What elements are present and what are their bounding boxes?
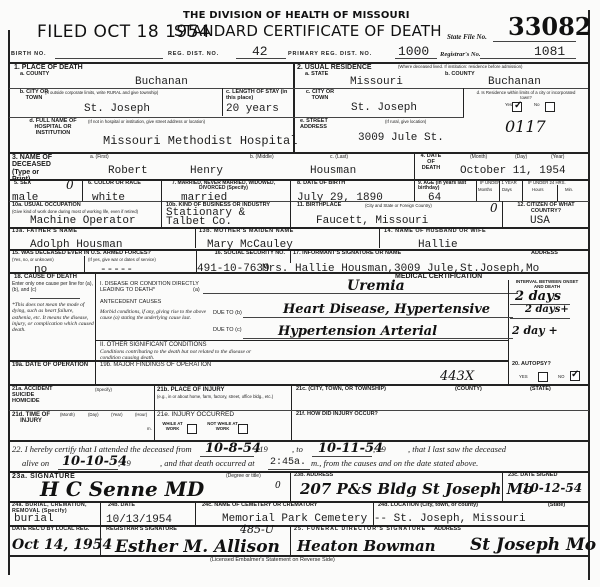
divider (154, 410, 155, 440)
birthplace-code: 0 (490, 201, 498, 215)
sex-label: 5. SEX (14, 181, 31, 187)
antecedent-note: Morbid conditions, if any, giving rise t… (100, 309, 212, 321)
res-state-value: Missouri (350, 76, 403, 88)
min-label: Min. (565, 188, 573, 193)
date-recd-label: DATE REC'D BY LOCAL REG. (12, 527, 97, 533)
within-limits-no-label: No (534, 103, 540, 108)
pod-city-value: St. Joseph (84, 103, 150, 115)
divider (476, 181, 477, 201)
form-authority: THE DIVISION OF HEALTH OF MISSOURI (183, 10, 410, 21)
autopsy-yes-label: YES (519, 375, 528, 380)
death-time: 2:45a. (270, 457, 306, 468)
divider (290, 179, 291, 201)
cause-a-value: Uremia (347, 278, 405, 294)
hours-label: Hours (532, 188, 543, 193)
last-name-value: Housman (310, 165, 356, 177)
divider (502, 201, 503, 227)
birthplace-label: 11. BIRTHPLACE (297, 203, 341, 209)
divider (195, 501, 196, 525)
cemetery-label: 24c. NAME OF CEMETERY OR CREMATORY (202, 503, 317, 509)
injury-county-label: (COUNTY) (455, 387, 482, 393)
occupation-value: Machine Operator (30, 215, 136, 227)
divider (58, 469, 118, 470)
divider (100, 501, 101, 525)
certify-mid1: , 19 (255, 445, 268, 455)
divider (379, 227, 380, 248)
divider (480, 58, 576, 59)
divider (243, 317, 513, 318)
registrar-code: 485-U (240, 523, 274, 536)
age-label: 9. AGE (In years last birthday) (418, 181, 470, 192)
armed-forces-dates: ----- (100, 264, 133, 276)
divider (557, 185, 558, 201)
divider (161, 201, 162, 227)
dod-month-label: (Month) (470, 155, 487, 161)
ssn-label: 16. SOCIAL SECURITY NO. (201, 251, 285, 257)
birthplace-value: Faucett, Missouri (316, 215, 428, 227)
divider (414, 179, 415, 201)
dod-year-label: (Year) (551, 155, 564, 161)
divider (290, 201, 291, 227)
certify-line2-mid2: , and that death occurred at (160, 459, 255, 469)
due-to-c-label: DUE TO (c) (213, 328, 242, 334)
registrar-signature-label: REGISTRAR'S SIGNATURE (106, 527, 177, 533)
funeral-director-signature: Heaton Bowman (297, 537, 436, 555)
divider (222, 88, 223, 116)
birthplace-note: (City and State or Foreign Country) (365, 204, 432, 209)
res-county-label: b. COUNTY (445, 72, 475, 78)
middle-name-value: Henry (190, 165, 223, 177)
autopsy-no-checkbox[interactable]: ✓ (570, 371, 580, 381)
location-state-label: (State) (548, 503, 565, 509)
place-of-injury-note: (e.g., in or about home, farm, factory, … (157, 395, 287, 400)
birth-no-label: BIRTH NO. (11, 52, 46, 58)
armed-forces-note2: (If yes, give war or dates of service) (88, 258, 156, 263)
physician-address: 207 P&S Bldg St Joseph Mo (300, 480, 533, 498)
injury-city-label: 21c. (CITY, TOWN, OR TOWNSHIP) (296, 387, 386, 393)
within-limits-yes-checkbox[interactable]: ✓ (512, 102, 522, 112)
divider (291, 384, 292, 440)
date-of-death-label: 4. DATE OF DEATH (418, 154, 444, 171)
father-label: 13a. FATHER'S NAME (12, 229, 78, 235)
injury-state-label: (STATE) (530, 387, 551, 393)
form-title: STANDARD CERTIFICATE OF DEATH (174, 22, 442, 40)
divider (100, 525, 101, 555)
hospital-value: Missouri Methodist Hospital (103, 134, 297, 148)
divider (82, 179, 83, 201)
certify-line2-suffix: m., from the causes and on the date stat… (311, 459, 478, 469)
divider (312, 456, 372, 457)
middle-name-label: b. (Middle) (250, 155, 274, 161)
divider (236, 58, 286, 59)
citizen-label: 12. CITIZEN OF WHAT COUNTRY? (506, 203, 586, 215)
interval-a-value: 2 days (515, 289, 561, 304)
race-value: white (92, 192, 125, 204)
location-label: 24d. LOCATION (City, town, or county) (378, 503, 478, 509)
dod-day-label: (Day) (515, 155, 527, 161)
date-signed-label: 23c. DATE SIGNED (508, 473, 557, 479)
divider (9, 440, 589, 442)
autopsy-yes-checkbox[interactable] (538, 372, 548, 382)
not-while-at-work-checkbox[interactable] (238, 424, 248, 434)
due-to-b-label: DUE TO (b) (213, 311, 242, 317)
divider (9, 227, 589, 229)
cause-note: Enter only one cause per line for (a), (… (12, 282, 96, 293)
cause-c-value: Hypertension Arterial (278, 324, 437, 339)
occupation-note: (Give kind of work done during most of w… (12, 210, 160, 215)
stay-value: 20 years (226, 103, 279, 115)
divider (268, 469, 310, 470)
certify-mid2: , 19 (373, 445, 386, 455)
left-border (8, 30, 10, 575)
last-name-label: c. (Last) (330, 155, 348, 161)
street-note: (If rural, give location) (385, 120, 426, 125)
date-recd-value: Oct 14, 1954 (12, 537, 112, 553)
alive-on-label: alive on (22, 459, 49, 469)
within-limits-label: d. Is Residence within limits of a city … (476, 91, 576, 100)
funeral-address-label: ADDRESS (434, 527, 461, 533)
certify-line2-mid: , 19 (118, 459, 131, 469)
interval-b-value: 2 days+ (525, 304, 569, 315)
divider (195, 227, 196, 248)
injury-day-label: (Day) (88, 413, 99, 418)
death-certificate: FILED OCT 18 1954 THE DIVISION OF HEALTH… (0, 0, 600, 587)
reg-dist-label: REG. DIST. NO. (168, 52, 219, 58)
res-city-label: c. CITY OR TOWN (305, 90, 335, 102)
burial-date-label: 24b. DATE (108, 503, 135, 509)
how-injury-label: 21f. HOW DID INJURY OCCUR? (296, 412, 378, 418)
state-file-label: State File No. (447, 33, 487, 41)
divider (294, 88, 588, 89)
registrar-no-label: Registrar's No. (440, 51, 480, 58)
residence-note: (Where deceased lived. If institution: r… (398, 65, 584, 70)
occupation-label: 10a. USUAL OCCUPATION (12, 203, 81, 209)
part2-label: II. OTHER SIGNIFICANT CONDITIONS (100, 342, 207, 348)
burial-value: burial (14, 513, 54, 525)
first-name-label: a. (First) (90, 155, 109, 161)
under-24-hrs-label: IF UNDER 24 HRS. (528, 181, 566, 186)
injury-month-label: (Month) (60, 413, 75, 418)
injury-occurred-label: 21e. INJURY OCCURRED (157, 412, 234, 419)
right-border (588, 10, 590, 580)
within-limits-no-checkbox[interactable] (545, 102, 555, 112)
residence-handwritten-code: 0117 (505, 117, 546, 136)
divider (395, 58, 437, 59)
place-of-injury-label: 21b. PLACE OF INJURY (157, 387, 224, 393)
sex-code: 0 (66, 178, 74, 192)
cause-footnote: *This does not mean the mode of dying, s… (12, 302, 94, 334)
while-at-work-checkbox[interactable] (187, 424, 197, 434)
divider (414, 152, 415, 179)
state-file-number: 33082 (508, 12, 592, 41)
divider (95, 272, 96, 360)
divider (508, 280, 509, 360)
physician-signature: H C Senne MD (40, 477, 204, 501)
cause-a-label: (a) (193, 287, 200, 293)
first-name-value: Robert (108, 165, 148, 177)
injury-m-label: m. (147, 427, 152, 432)
divider (522, 181, 523, 201)
street-label: e. STREET ADDRESS (300, 119, 345, 131)
operation-findings-label: 19b. MAJOR FINDINGS OF OPERATION (100, 362, 211, 368)
within-limits-yes-label: Yes (505, 103, 512, 108)
divider (290, 525, 291, 555)
divider (161, 179, 162, 201)
divider (9, 272, 589, 274)
divider (290, 471, 291, 501)
days-label: Days (502, 188, 512, 193)
accident-specify-label: (Specify) (95, 388, 112, 393)
injury-hour-label: (Hour) (135, 413, 147, 418)
street-value: 3009 Jule St. (358, 132, 444, 144)
informant-label: 17. INFORMANT'S SIGNATURE OR NAME (293, 251, 401, 257)
hospital-label: d. FULL NAME OF HOSPITAL OR INSTITUTION (18, 119, 88, 136)
divider (84, 256, 85, 272)
injury-year-label: (Year) (111, 413, 123, 418)
date-signed-value: 10-12-54 (522, 481, 582, 495)
divider (95, 340, 509, 341)
citizen-value: USA (530, 215, 550, 227)
operation-handwritten-code: 443X (440, 369, 474, 384)
divider (463, 88, 464, 118)
date-of-death-value: October 11, 1954 (460, 165, 566, 177)
degree-label: (Degree or title) (226, 474, 261, 480)
divider (499, 181, 500, 201)
res-state-label: a. STATE (305, 72, 328, 78)
divider (154, 384, 155, 410)
months-label: Months (478, 188, 492, 193)
divider (200, 456, 254, 457)
mother-label: 13b. MOTHER'S MAIDEN NAME (199, 229, 294, 235)
reg-dist-value: 42 (252, 44, 268, 59)
certify-prefix: 22. I hereby certify that I attended the… (12, 444, 192, 454)
registrar-no-value: 1081 (534, 44, 565, 59)
accident-label: 21a. ACCIDENT SUICIDE HOMICIDE (12, 387, 62, 404)
armed-forces-note1: (Yes, no, or unknown) (12, 258, 54, 263)
attended-from-date: 10-8-54 (205, 441, 261, 456)
autopsy-label: 20. AUTOPSY? (512, 362, 551, 368)
funeral-director-label: 25. FUNERAL DIRECTOR'S SIGNATURE (294, 527, 426, 533)
res-city-value: St. Joseph (351, 102, 417, 114)
primary-reg-value: 1000 (398, 44, 429, 59)
autopsy-no-label: NO (558, 375, 564, 380)
interval-c-value: 2 day + (512, 324, 558, 337)
divider (493, 41, 576, 42)
dob-label: 8. DATE OF BIRTH (297, 181, 345, 187)
embalmer-footer: (Licensed Embalmer's Statement on Revers… (210, 557, 335, 563)
spouse-label: 14. NAME OF HUSBAND OR WIFE (384, 229, 486, 235)
registrar-signature: Esther M. Allison (115, 537, 280, 557)
divider (508, 360, 509, 384)
primary-reg-label: PRIMARY REG. DIST. NO. (288, 52, 372, 58)
divider (510, 318, 570, 319)
hospital-note: (If not in hospital or institution, give… (88, 120, 205, 125)
res-county-value: Buchanan (488, 76, 541, 88)
divider (95, 360, 96, 384)
birth-no-line (55, 58, 163, 59)
divider (30, 298, 80, 299)
cause-of-death-label: 18. CAUSE OF DEATH (14, 274, 77, 280)
armed-forces-label: 15. WAS DECEASED EVER IN U.S. ARMED FORC… (12, 251, 151, 257)
while-at-work-label: WHILE AT WORK (160, 422, 185, 431)
pod-county-label: a. COUNTY (20, 72, 49, 78)
informant-address-label: ADDRESS (531, 251, 558, 257)
certify-suffix: , that I last saw the deceased (408, 445, 506, 455)
pod-county-value: Buchanan (135, 76, 188, 88)
physician-address-label: 23b. ADDRESS (294, 473, 333, 479)
medical-certification-title: MEDICAL CERTIFICATION (395, 273, 482, 280)
cause-b-value: Heart Disease, Hypertensive (283, 302, 490, 317)
certify-to: , to (292, 445, 303, 455)
divider (290, 249, 291, 263)
operation-date-label: 19a. DATE OF OPERATION (12, 362, 90, 368)
funeral-director-address: St Joseph Mo (470, 535, 596, 555)
divider (502, 471, 503, 501)
time-of-injury-label: 21d. TIME OF INJURY (12, 412, 50, 425)
antecedent-label: ANTECEDENT CAUSES (100, 300, 161, 306)
not-while-at-work-label: NOT WHILE AT WORK (205, 422, 240, 431)
marital-label: 7. MARRIED, NEVER MARRIED, WIDOWED, DIVO… (166, 181, 281, 192)
pod-city-note: (If outside corporate limits, write RURA… (45, 91, 220, 96)
degree-mark: 0 (275, 481, 281, 491)
race-label: 6. COLOR OR RACE (88, 181, 141, 187)
stay-label: c. LENGTH OF STAY (in this place) (226, 90, 292, 102)
